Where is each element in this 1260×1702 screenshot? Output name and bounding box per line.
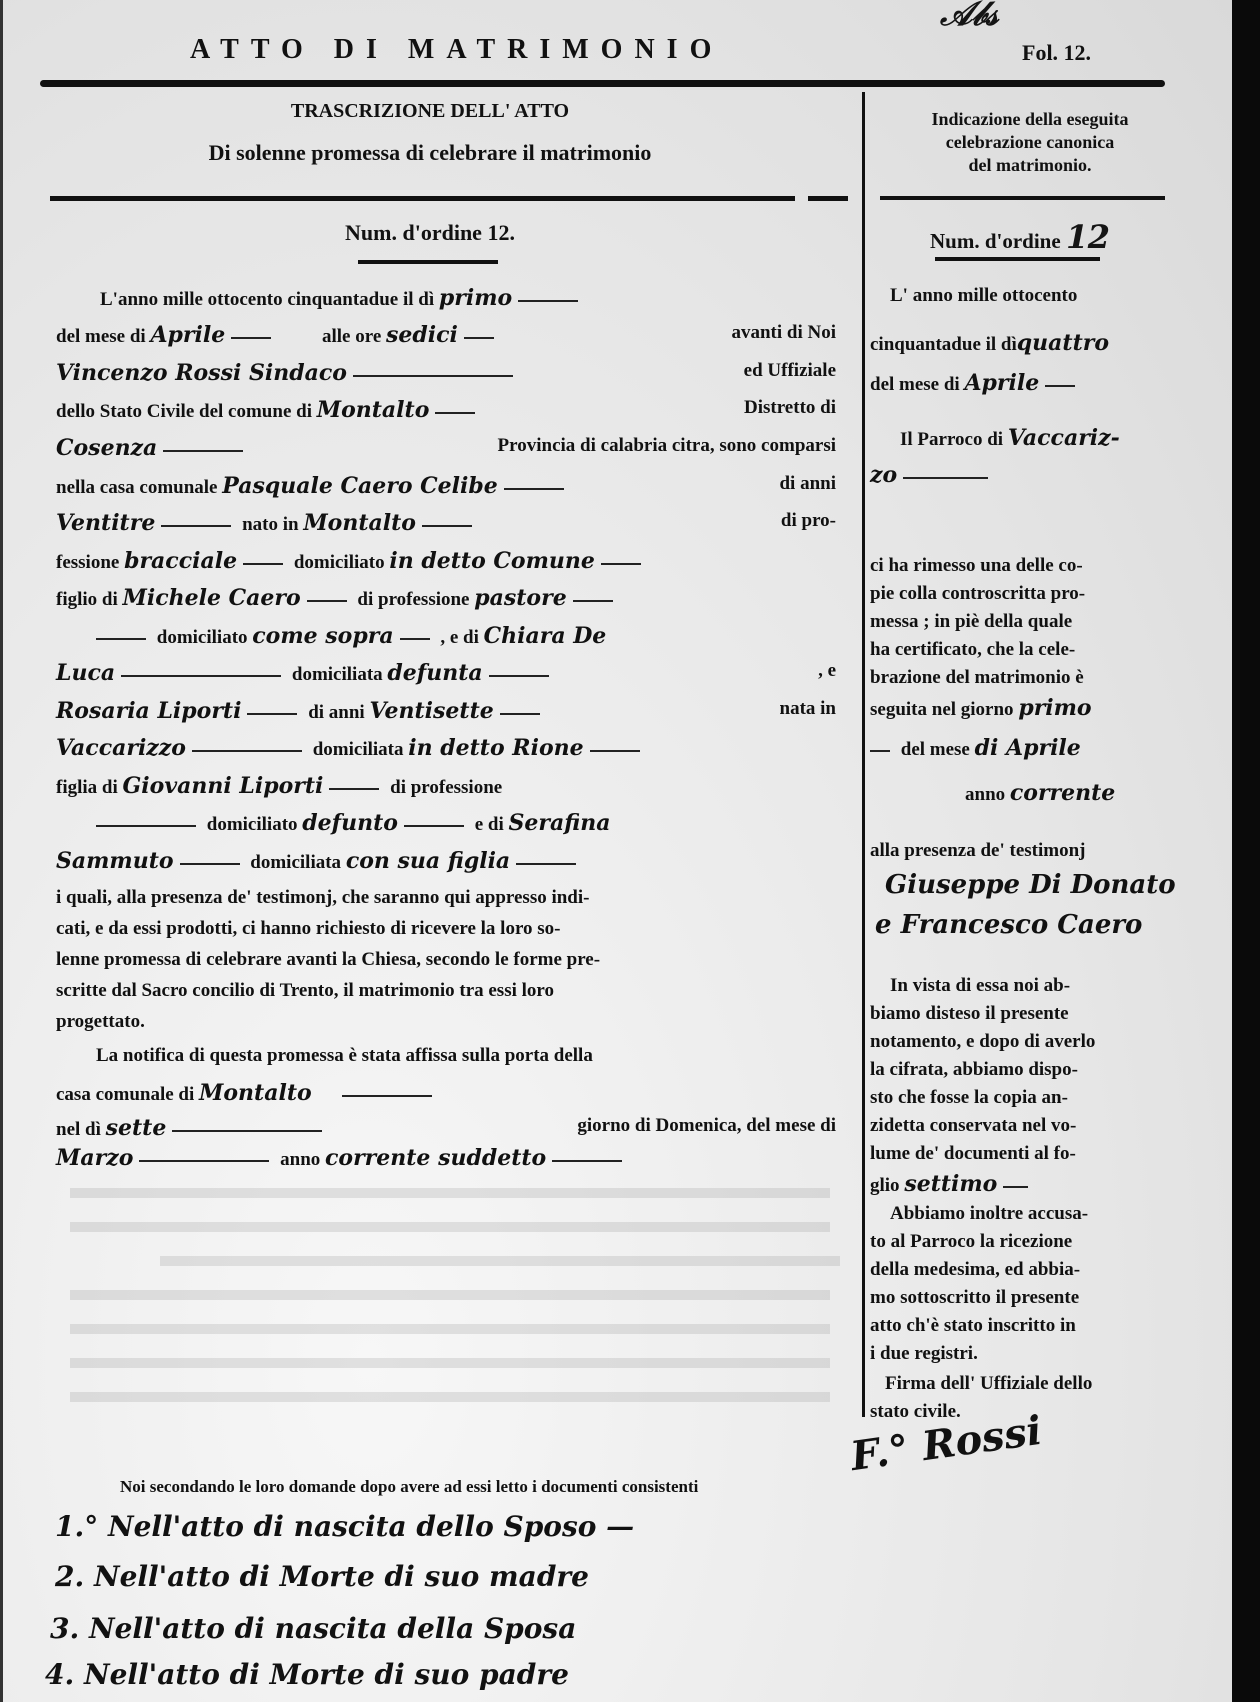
printed-text: di anni xyxy=(779,473,836,495)
right-line-2: cinquantadue il dìquattro xyxy=(870,330,1170,356)
page-right-margin xyxy=(1232,0,1260,1702)
handwritten-district: Cosenza xyxy=(56,435,157,461)
left-order-number: Num. d'ordine 12. xyxy=(0,220,860,246)
left-order-rule xyxy=(358,260,498,264)
bleed-through-text xyxy=(70,1290,830,1300)
handwritten-mother-surname: Luca xyxy=(56,660,115,686)
document-title: ATTO DI MATRIMONIO xyxy=(190,34,723,66)
handwritten-officer: Vincenzo Rossi Sindaco xyxy=(56,360,347,386)
printed-text: del mese xyxy=(901,739,970,760)
handwritten-groom-profession: bracciale xyxy=(124,548,237,574)
paragraph-line: cati, e da essi prodotti, ci hanno richi… xyxy=(56,918,836,940)
folio-line: glio settimo xyxy=(870,1171,1170,1197)
handwritten-groom-father: Michele Caero xyxy=(123,585,301,611)
printed-text: domiciliato xyxy=(157,627,248,648)
left-line-10: domiciliato come sopra , e di Chiara De xyxy=(56,623,836,649)
right-paragraph-3-line: Abbiamo inoltre accusa- xyxy=(890,1203,1190,1225)
right-paragraph-line: brazione del matrimonio è xyxy=(870,667,1170,689)
right-paragraph-line: pie colla controscritta pro- xyxy=(870,583,1170,605)
bleed-through-text xyxy=(70,1392,830,1402)
right-order-label: Num. d'ordine xyxy=(930,229,1061,253)
handwritten-bride-mother-residence: con sua figlia xyxy=(346,848,510,874)
right-paragraph-line: ha certificato, che la cele- xyxy=(870,639,1170,661)
handwritten-bride-age: Ventisette xyxy=(369,698,493,724)
handwritten-parish-end: zo xyxy=(870,462,897,488)
handwritten-day: primo xyxy=(1018,695,1091,721)
right-paragraph-2-line: In vista di essa noi ab- xyxy=(890,975,1190,997)
handwritten-groom-age: Ventitre xyxy=(56,510,155,536)
page-left-border xyxy=(0,0,3,1702)
right-paragraph-3-line: della medesima, ed abbia- xyxy=(870,1259,1170,1281)
notice-line-3: nel dì sette giorno di Domenica, del mes… xyxy=(56,1115,836,1141)
printed-text: alle ore xyxy=(322,326,381,347)
printed-text: Distretto di xyxy=(744,397,836,419)
right-order-value: 12 xyxy=(1066,218,1110,256)
right-paragraph-2-line: la cifrata, abbiamo dispo- xyxy=(870,1059,1170,1081)
left-line-1: L'anno mille ottocento cinquantadue il d… xyxy=(100,285,880,311)
printed-text: anno xyxy=(965,784,1005,805)
bleed-through-text xyxy=(160,1256,840,1266)
printed-text: domiciliato xyxy=(294,552,385,573)
notice-line-4: Marzo anno corrente suddetto xyxy=(56,1145,836,1171)
footer-document-1: 1.° Nell'atto di nascita dello Sposo — xyxy=(55,1510,634,1543)
celebration-day-line: seguita nel giorno primo xyxy=(870,695,1170,721)
handwritten-groom-mother: Chiara De xyxy=(484,623,607,649)
right-heading-line-1: Indicazione della eseguita xyxy=(880,108,1180,131)
right-paragraph-2-line: lume de' documenti al fo- xyxy=(870,1143,1170,1165)
witness-1: Giuseppe Di Donato xyxy=(885,870,1185,900)
notice-line-1: La notifica di questa promessa è stata a… xyxy=(96,1045,876,1067)
right-paragraph-2-line: biamo disteso il presente xyxy=(870,1003,1170,1025)
right-paragraph-line: messa ; in piè della quale xyxy=(870,611,1170,633)
right-line-5: zo xyxy=(870,462,1170,488)
printed-text: avanti di Noi xyxy=(731,322,836,344)
notice-line-2: casa comunale di Montalto xyxy=(56,1080,836,1106)
left-line-8: fessione bracciale domiciliato in detto … xyxy=(56,548,836,574)
handwritten-month: di Aprile xyxy=(975,735,1081,761)
celebration-year-line: anno corrente xyxy=(965,780,1260,806)
handwritten-day: primo xyxy=(439,285,512,311)
paragraph-line: i quali, alla presenza de' testimonj, ch… xyxy=(56,887,836,909)
handwritten-year: corrente xyxy=(1010,780,1115,806)
printed-text: di pro- xyxy=(781,510,836,532)
printed-text: Il Parroco di xyxy=(900,429,1003,450)
handwritten-mother-status: defunta xyxy=(387,660,482,686)
right-order-rule xyxy=(935,257,1100,261)
handwritten-bride-residence: in detto Rione xyxy=(408,735,583,761)
printed-text: domiciliata xyxy=(292,664,383,685)
right-paragraph-2-line: zidetta conservata nel vo- xyxy=(870,1115,1170,1137)
handwritten-month: Aprile xyxy=(150,322,225,348)
right-paragraph-3-line: atto ch'è stato inscritto in xyxy=(870,1315,1170,1337)
paragraph-line: progettato. xyxy=(56,1011,836,1033)
footer-printed-line: Noi secondando le loro domande dopo aver… xyxy=(120,1477,698,1497)
printed-text: ed Uffiziale xyxy=(744,360,836,382)
printed-text: L'anno mille ottocento cinquantadue il d… xyxy=(100,289,434,310)
folio-number: Fol. 12. xyxy=(1022,40,1091,66)
left-line-15: domiciliato defunto e di Serafina xyxy=(56,810,836,836)
printed-text: domiciliato xyxy=(207,814,298,835)
witness-2: e Francesco Caero xyxy=(875,910,1175,940)
handwritten-father-profession: pastore xyxy=(474,585,566,611)
handwritten-comune: Montalto xyxy=(199,1080,312,1106)
left-subheading: Di solenne promessa di celebrare il matr… xyxy=(0,140,860,166)
printed-text: del mese di xyxy=(870,374,960,395)
handwritten-bride-mother: Serafina xyxy=(508,810,610,836)
handwritten-year: corrente suddetto xyxy=(325,1145,546,1171)
right-paragraph-3-line: mo sottoscritto il presente xyxy=(870,1287,1170,1309)
printed-text: , e di xyxy=(440,627,479,648)
printed-text: glio xyxy=(870,1175,900,1196)
top-handwritten-mark: 𝒜𝒷𝓈 xyxy=(940,0,998,34)
bleed-through-text xyxy=(70,1324,830,1334)
handwritten-groom-residence: in detto Comune xyxy=(389,548,595,574)
left-line-5: Cosenza Provincia di calabria citra, son… xyxy=(56,435,836,461)
paragraph-line: lenne promessa di celebrare avanti la Ch… xyxy=(56,949,836,971)
printed-text: seguita nel giorno xyxy=(870,699,1014,720)
left-line-14: figlia di Giovanni Liporti di profession… xyxy=(56,773,836,799)
left-line-9: figlio di Michele Caero di professione p… xyxy=(56,585,836,611)
right-line-1: L' anno mille ottocento xyxy=(890,285,1190,307)
right-paragraph-2-line: sto che fosse la copia an- xyxy=(870,1087,1170,1109)
handwritten-parish: Vaccariz- xyxy=(1008,425,1120,451)
left-line-7: Ventitre nato in Montalto di pro- xyxy=(56,510,836,536)
handwritten-groom-birthplace: Montalto xyxy=(303,510,416,536)
printed-text: dello Stato Civile del comune di xyxy=(56,401,312,422)
footer-document-3: 3. Nell'atto di nascita della Sposa xyxy=(50,1612,576,1645)
bleed-through-text xyxy=(70,1188,830,1198)
printed-text: giorno di Domenica, del mese di xyxy=(577,1115,836,1137)
handwritten-father-residence: come sopra xyxy=(252,623,393,649)
left-line-13: Vaccarizzo domiciliata in detto Rione xyxy=(56,735,836,761)
handwritten-month: Marzo xyxy=(56,1145,133,1171)
left-line-16: Sammuto domiciliata con sua figlia xyxy=(56,848,836,874)
printed-text: nato in xyxy=(242,514,299,535)
bleed-through-text xyxy=(70,1358,830,1368)
handwritten-folio: settimo xyxy=(904,1171,997,1197)
handwritten-day: sette xyxy=(106,1115,167,1141)
right-line-3: del mese di Aprile xyxy=(870,370,1170,396)
right-paragraph-line: ci ha rimesso una delle co- xyxy=(870,555,1170,577)
handwritten-bride-name: Rosaria Liporti xyxy=(56,698,241,724)
printed-text: fessione xyxy=(56,552,119,573)
signature-label-1: Firma dell' Uffiziale dello xyxy=(885,1373,1185,1395)
left-heading: TRASCRIZIONE DELL' ATTO xyxy=(0,100,860,123)
right-heading-line-3: del matrimonio. xyxy=(880,154,1180,177)
handwritten-bride-mother-surname: Sammuto xyxy=(56,848,174,874)
printed-text: e di xyxy=(475,814,504,835)
left-line-2: del mese di Aprile alle ore sedici avant… xyxy=(56,322,836,348)
printed-text: nata in xyxy=(780,698,837,720)
handwritten-groom-name: Pasquale Caero Celibe xyxy=(222,473,498,499)
left-heading-rule xyxy=(50,196,795,201)
witnesses-label: alla presenza de' testimonj xyxy=(870,840,1170,862)
handwritten-day: quattro xyxy=(1017,330,1109,356)
handwritten-month: Aprile xyxy=(964,370,1039,396)
right-line-4: Il Parroco di Vaccariz- xyxy=(900,425,1200,451)
header-rule xyxy=(40,80,1165,87)
printed-text: cinquantadue il dì xyxy=(870,334,1017,355)
right-paragraph-3-line: to al Parroco la ricezione xyxy=(870,1231,1170,1253)
handwritten-bride-birthplace: Vaccarizzo xyxy=(56,735,186,761)
printed-text: figlio di xyxy=(56,589,118,610)
left-heading-rule-end xyxy=(808,196,848,201)
printed-text: casa comunale di xyxy=(56,1084,194,1105)
right-paragraph-3-line: i due registri. xyxy=(870,1343,1170,1365)
printed-text: di anni xyxy=(308,702,365,723)
printed-text: domiciliata xyxy=(313,739,404,760)
left-line-11: Luca domiciliata defunta , e xyxy=(56,660,836,686)
footer-document-4: 4. Nell'atto di Morte di suo padre xyxy=(45,1658,569,1691)
left-line-12: Rosaria Liporti di anni Ventisette nata … xyxy=(56,698,836,724)
printed-text: nella casa comunale xyxy=(56,477,218,498)
handwritten-comune: Montalto xyxy=(317,397,430,423)
printed-text: figlia di xyxy=(56,777,118,798)
printed-text: domiciliata xyxy=(250,852,341,873)
celebration-month-line: del mese di Aprile xyxy=(870,735,1170,761)
bleed-through-text xyxy=(70,1222,830,1232)
paragraph-line: scritte dal Sacro concilio di Trento, il… xyxy=(56,980,836,1002)
right-heading-line-2: celebrazione canonica xyxy=(880,131,1180,154)
printed-text: di professione xyxy=(357,589,469,610)
left-line-4: dello Stato Civile del comune di Montalt… xyxy=(56,397,836,423)
printed-text: Provincia di calabria citra, sono compar… xyxy=(498,435,836,457)
left-line-6: nella casa comunale Pasquale Caero Celib… xyxy=(56,473,836,499)
printed-text: di professione xyxy=(390,777,502,798)
printed-text: nel dì xyxy=(56,1119,101,1140)
handwritten-hour: sedici xyxy=(386,322,458,348)
right-paragraph-2-line: notamento, e dopo di averlo xyxy=(870,1031,1170,1053)
right-heading-rule xyxy=(880,196,1165,200)
left-line-3: Vincenzo Rossi Sindaco ed Uffiziale xyxy=(56,360,836,386)
handwritten-bride-father: Giovanni Liporti xyxy=(123,773,324,799)
printed-text: del mese di xyxy=(56,326,146,347)
footer-document-2: 2. Nell'atto di Morte di suo madre xyxy=(55,1560,589,1593)
printed-text: anno xyxy=(280,1149,320,1170)
printed-text: , e xyxy=(818,660,836,682)
handwritten-bride-father-status: defunto xyxy=(302,810,398,836)
right-order-number: Num. d'ordine 12 xyxy=(930,218,1109,256)
